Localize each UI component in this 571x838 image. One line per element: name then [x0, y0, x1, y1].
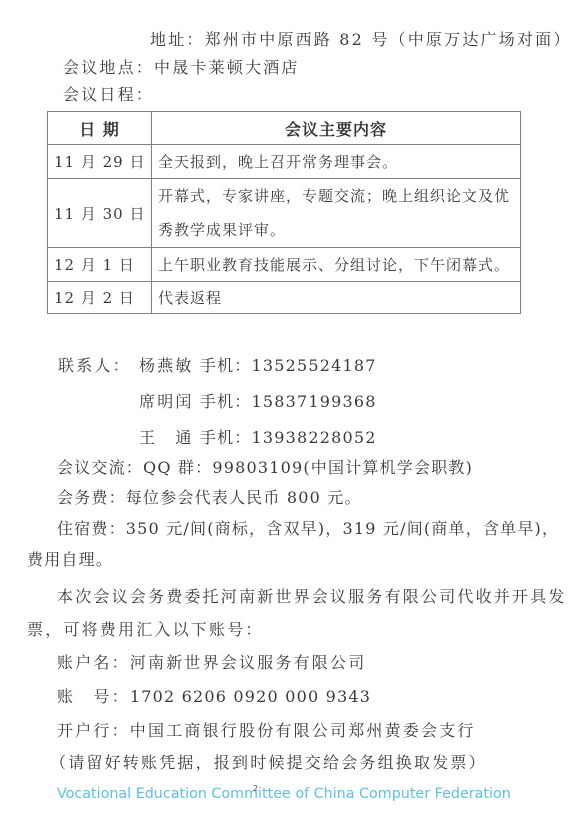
venue-address: 地址：郑州市中原西路 82 号（中原万达广场对面）: [150, 30, 571, 50]
table-row: 12 月 1 日 上午职业教育技能展示、分组讨论，下午闭幕式。: [48, 248, 521, 282]
table-row: 12 月 2 日 代表返程: [48, 282, 521, 314]
lodging-fee-line2: 费用自理。: [27, 550, 113, 570]
conference-fee: 会务费：每位参会代表人民币 800 元。: [57, 488, 362, 508]
contact-phone: 13525524187: [252, 356, 377, 375]
contacts-label: 联系人：: [58, 356, 131, 376]
venue-location: 会议地点：中晟卡莱顿大酒店: [63, 58, 300, 78]
row-content: 代表返程: [152, 282, 521, 314]
exchange-qq-group: 会议交流：QQ 群：99803109(中国计算机学会职教): [57, 458, 473, 478]
contact-phone-label: 手机：: [200, 392, 252, 411]
schedule-label: 会议日程：: [63, 85, 154, 105]
row-date: 11 月 30 日: [48, 179, 152, 248]
contact-name: 王 通: [139, 428, 194, 447]
page-number: 2: [253, 784, 258, 793]
table-row: 11 月 30 日 开幕式，专家讲座，专题交流；晚上组织论文及优秀教学成果评审。: [48, 179, 521, 248]
row-date: 12 月 2 日: [48, 282, 152, 314]
contact-phone-label: 手机：: [200, 356, 252, 375]
venue-location-value: 中晟卡莱顿大酒店: [154, 58, 300, 77]
row-content: 上午职业教育技能展示、分组讨论，下午闭幕式。: [152, 248, 521, 282]
row-date: 11 月 29 日: [48, 145, 152, 179]
venue-location-label: 会议地点：: [63, 58, 154, 77]
contact-name: 杨燕敏: [139, 356, 194, 375]
payment-intro-line2: 票，可将费用汇入以下账号：: [27, 620, 264, 640]
lodging-fee-line1: 住宿费：350 元/间(商标，含双早)，319 元/间(商单，含单早)，: [57, 519, 559, 539]
payment-intro-line1: 本次会议会务费委托河南新世界会议服务有限公司代收并开具发: [57, 587, 567, 607]
table-header-row: 日 期 会议主要内容: [48, 112, 521, 145]
account-number: 1702 6206 0920 000 9343: [130, 687, 371, 706]
bank-name: 开户行：中国工商银行股份有限公司郑州黄委会支行: [57, 721, 476, 741]
contact-phone: 13938228052: [252, 428, 377, 447]
contact-phone-label: 手机：: [200, 428, 252, 447]
contact-item: 杨燕敏 手机：13525524187: [139, 356, 377, 376]
account-number-label: 账 号：: [57, 687, 130, 706]
header-date: 日 期: [48, 112, 152, 145]
contact-item: 王 通 手机：13938228052: [139, 428, 377, 448]
table-row: 11 月 29 日 全天报到，晚上召开常务理事会。: [48, 145, 521, 179]
contact-name: 席明闰: [139, 392, 194, 411]
header-content: 会议主要内容: [152, 112, 521, 145]
schedule-table: 日 期 会议主要内容 11 月 29 日 全天报到，晚上召开常务理事会。 11 …: [47, 111, 521, 314]
footer-organization: Vocational Education Committee of China …: [57, 786, 511, 802]
account-name: 账户名：河南新世界会议服务有限公司: [57, 653, 366, 673]
row-date: 12 月 1 日: [48, 248, 152, 282]
contact-item: 席明闰 手机：15837199368: [139, 392, 377, 412]
row-content: 开幕式，专家讲座，专题交流；晚上组织论文及优秀教学成果评审。: [152, 179, 521, 248]
payment-note: （请留好转账凭据，报到时候提交给会务组换取发票）: [50, 753, 487, 773]
contact-phone: 15837199368: [252, 392, 377, 411]
row-content: 全天报到，晚上召开常务理事会。: [152, 145, 521, 179]
account-number-line: 账 号：1702 6206 0920 000 9343: [57, 687, 371, 707]
